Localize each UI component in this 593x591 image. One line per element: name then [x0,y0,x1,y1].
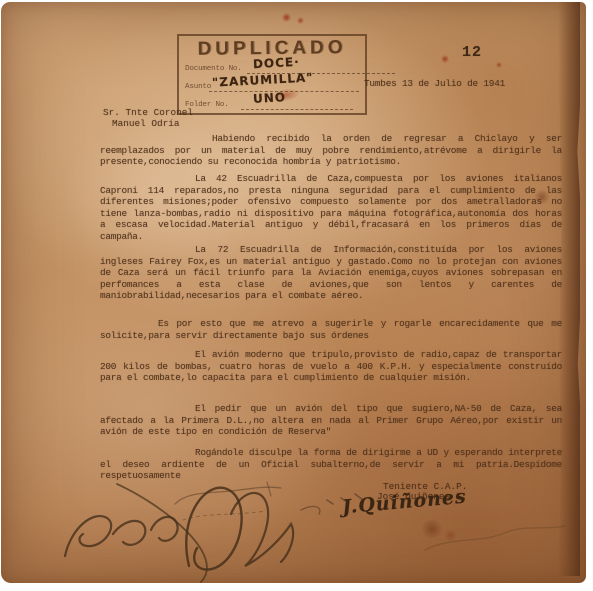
paragraph-3: La 72 Escuadrilla de Información,constit… [100,244,562,302]
stain-rust-dot [496,62,502,68]
letter-paper: 12 DUPLICADO Documento No. DOCE· Asunto … [1,2,586,583]
stain-rust-dot [282,13,291,22]
page-number-stamp: 12 [462,44,482,61]
paragraph-6: El pedir que un avión del tipo que sugie… [100,403,562,438]
faint-scrawl-lower-right [421,522,571,562]
stain-rust-dot [441,55,449,63]
paragraph-2: La 42 Escuadrilla de Caza,compuesta por … [100,173,562,243]
scanned-letter-canvas: 12 DUPLICADO Documento No. DOCE· Asunto … [0,0,593,591]
stamp-field-value-folder: UNO [253,90,287,106]
paragraph-5: El avión moderno que tripulo,provisto de… [100,349,562,384]
recipient-line-1: Sr. Tnte Coronel [103,107,193,118]
dateline: Tumbes 13 de Julio de 1941 [364,78,505,89]
stamp-field-label-documento: Documento No. [185,65,242,73]
recipient-line-2: Manuel Odría [112,118,180,129]
stamp-field-label-asunto: Asunto [185,83,211,91]
stamp-field-value-documento: DOCE· [253,55,300,71]
stamp-dash-line [241,108,353,110]
large-signature-flourish [51,470,381,590]
stain-rust-dot [297,17,304,24]
paragraph-1: Habiendo recibido la orden de regresar a… [100,133,562,168]
paragraph-4: Es por esto que me atrevo a sugerirle y … [100,318,562,341]
